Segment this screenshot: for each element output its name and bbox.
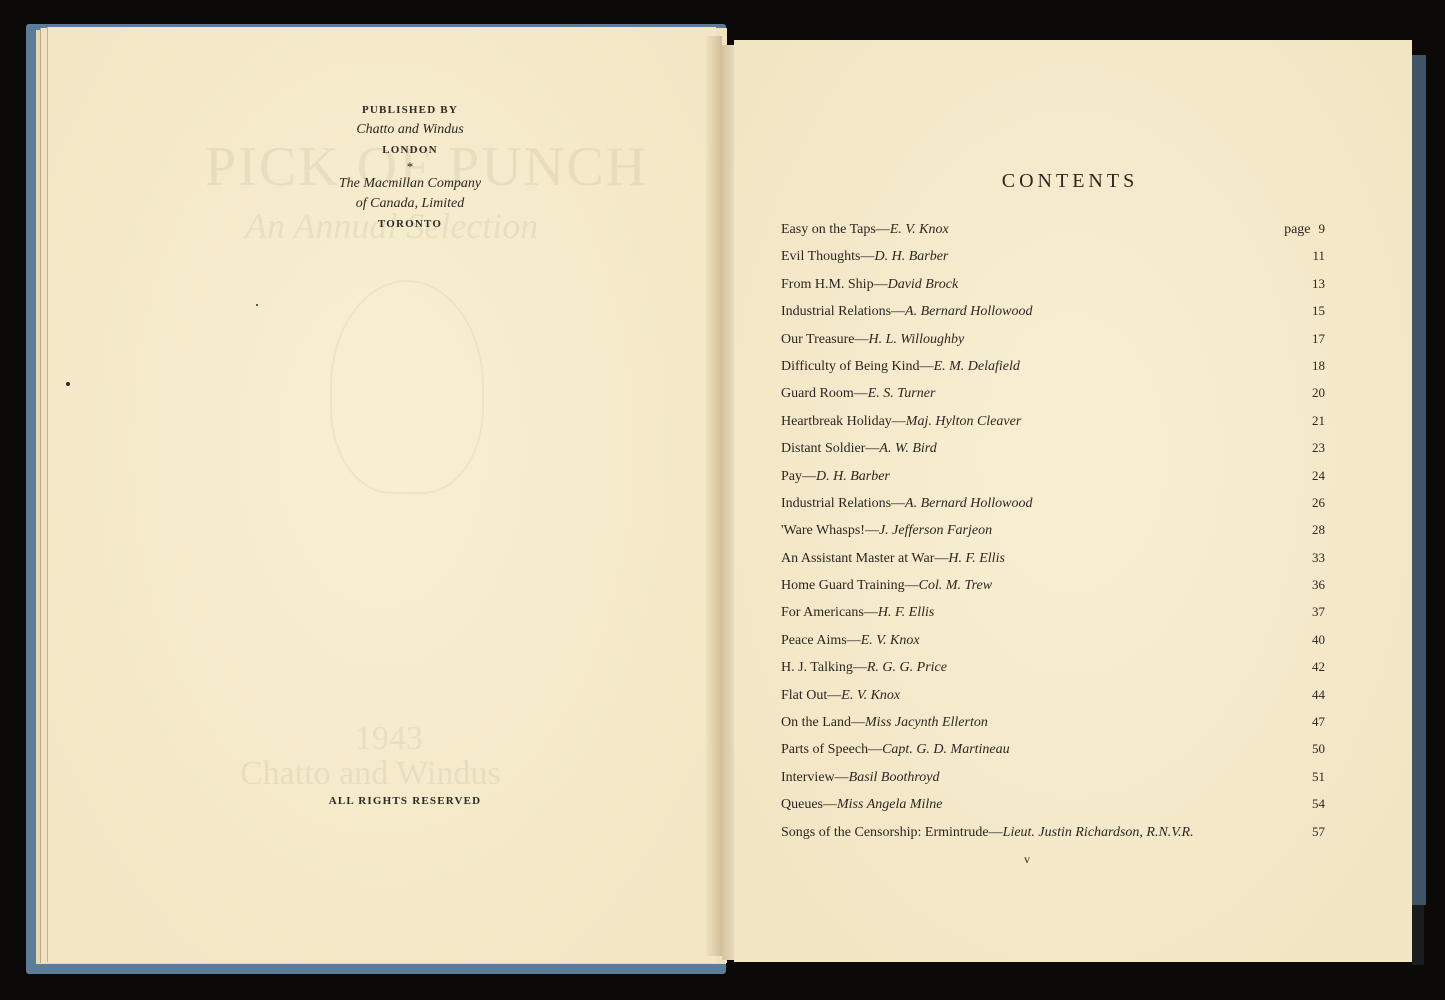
page-folio: v <box>1022 852 1032 867</box>
toc-entry: Easy on the Taps—E. V. Knoxpage9 <box>781 221 1325 248</box>
toc-entry: For Americans—H. F. Ellis37 <box>781 604 1325 631</box>
toc-author: E. V. Knox <box>841 688 900 703</box>
toc-title: For Americans— <box>781 605 878 620</box>
toc-page-number: 23 <box>1299 440 1325 456</box>
toc-page-number: 20 <box>1299 385 1325 401</box>
toc-entry: From H.M. Ship—David Brock13 <box>781 276 1325 303</box>
toc-title: Peace Aims— <box>781 633 861 648</box>
toc-author: E. M. Delafield <box>934 359 1020 374</box>
show-through-dog-illustration-icon <box>330 280 484 494</box>
toc-title: Home Guard Training— <box>781 578 919 593</box>
published-by-label: PUBLISHED BY <box>300 100 520 120</box>
toc-entry: Pay—D. H. Barber24 <box>781 468 1325 495</box>
toc-page-number: 50 <box>1299 741 1325 757</box>
toc-entry: H. J. Talking—R. G. G. Price42 <box>781 659 1325 686</box>
toc-author: E. V. Knox <box>861 633 920 648</box>
asterisk-separator-icon: * <box>300 160 520 174</box>
toc-entry: Difficulty of Being Kind—E. M. Delafield… <box>781 358 1325 385</box>
toc-author: Col. M. Trew <box>919 578 992 593</box>
toc-title: 'Ware Whasps!— <box>781 523 879 538</box>
toc-author: H. F. Ellis <box>948 551 1005 566</box>
toc-page-number: 15 <box>1299 303 1325 319</box>
publisher-uk: Chatto and Windus <box>300 120 520 140</box>
toc-page-number: 26 <box>1299 495 1325 511</box>
toc-entry: On the Land—Miss Jacynth Ellerton47 <box>781 714 1325 741</box>
show-through-publisher: Chatto and Windus <box>240 755 501 793</box>
toc-page-number: 54 <box>1299 796 1325 812</box>
toc-entry: Our Treasure—H. L. Willoughby17 <box>781 331 1325 358</box>
toc-entry: Guard Room—E. S. Turner20 <box>781 385 1325 412</box>
toc-entry: Songs of the Censorship: Ermintrude—Lieu… <box>781 824 1325 851</box>
toc-author: A. Bernard Hollowood <box>905 304 1032 319</box>
toc-entry: Industrial Relations—A. Bernard Hollowoo… <box>781 495 1325 522</box>
table-of-contents: Easy on the Taps—E. V. Knoxpage9 Evil Th… <box>781 221 1325 851</box>
toc-page-number: 24 <box>1299 468 1325 484</box>
toc-page-number: 47 <box>1299 714 1325 730</box>
toc-author: Miss Jacynth Ellerton <box>865 715 988 730</box>
toc-page-number: 13 <box>1299 276 1325 292</box>
toc-page-number: 57 <box>1299 824 1325 840</box>
toc-title: On the Land— <box>781 715 865 730</box>
toc-author: A. Bernard Hollowood <box>905 496 1032 511</box>
toc-entry: Peace Aims—E. V. Knox40 <box>781 632 1325 659</box>
toc-title: Distant Soldier— <box>781 441 879 456</box>
toc-author: D. H. Barber <box>816 469 890 484</box>
page-label: page <box>1284 222 1310 237</box>
toc-page-number: 51 <box>1299 769 1325 785</box>
toc-author: David Brock <box>888 277 959 292</box>
toc-page-number: 37 <box>1299 604 1325 620</box>
toc-page-number: 44 <box>1299 687 1325 703</box>
rights-notice: ALL RIGHTS RESERVED <box>320 795 490 807</box>
toc-author: Capt. G. D. Martineau <box>882 742 1010 757</box>
toc-page-number: 36 <box>1299 577 1325 593</box>
toc-page-number: 11 <box>1299 248 1325 264</box>
toc-page-number: 9 <box>1319 221 1326 236</box>
toc-title: Evil Thoughts— <box>781 249 874 264</box>
toc-entry: Parts of Speech—Capt. G. D. Martineau50 <box>781 741 1325 768</box>
contents-heading: CONTENTS <box>900 170 1240 193</box>
toc-title: Parts of Speech— <box>781 742 882 757</box>
toc-title: Industrial Relations— <box>781 496 905 511</box>
toc-author: Maj. Hylton Cleaver <box>906 414 1021 429</box>
toc-title: Pay— <box>781 469 816 484</box>
toc-author: H. L. Willoughby <box>869 332 965 347</box>
toc-author: R. G. G. Price <box>867 660 947 675</box>
toc-title: Heartbreak Holiday— <box>781 414 906 429</box>
toc-entry: Queues—Miss Angela Milne54 <box>781 796 1325 823</box>
toc-entry: Distant Soldier—A. W. Bird23 <box>781 440 1325 467</box>
toc-page-number: 28 <box>1299 522 1325 538</box>
toc-page-number: 21 <box>1299 413 1325 429</box>
toc-title: Difficulty of Being Kind— <box>781 359 934 374</box>
publisher-canada-line2: of Canada, Limited <box>300 194 520 214</box>
toc-author: Basil Boothroyd <box>849 770 940 785</box>
toc-page-number: 42 <box>1299 659 1325 675</box>
toc-page-number: 18 <box>1299 358 1325 374</box>
publisher-canada-line1: The Macmillan Company <box>300 174 520 194</box>
toc-author: Lieut. Justin Richardson, R.N.V.R. <box>1003 825 1194 840</box>
toc-entry: Home Guard Training—Col. M. Trew36 <box>781 577 1325 604</box>
toc-author: Miss Angela Milne <box>837 797 943 812</box>
ink-speck <box>66 382 70 386</box>
toc-page-number: 40 <box>1299 632 1325 648</box>
toc-title: Flat Out— <box>781 688 841 703</box>
toc-author: D. H. Barber <box>874 249 948 264</box>
toc-entry: 'Ware Whasps!—J. Jefferson Farjeon28 <box>781 522 1325 549</box>
show-through-year: 1943 <box>355 720 423 758</box>
toc-title: Queues— <box>781 797 837 812</box>
toc-entry: Interview—Basil Boothroyd51 <box>781 769 1325 796</box>
toc-entry: An Assistant Master at War—H. F. Ellis33 <box>781 550 1325 577</box>
toc-title: Songs of the Censorship: Ermintrude— <box>781 825 1003 840</box>
toc-page-number: 33 <box>1299 550 1325 566</box>
city-canada: TORONTO <box>300 214 520 234</box>
ink-speck <box>256 304 258 306</box>
toc-author: H. F. Ellis <box>878 605 935 620</box>
toc-author: J. Jefferson Farjeon <box>879 523 992 538</box>
toc-author: E. V. Knox <box>890 222 949 237</box>
toc-entry: Industrial Relations—A. Bernard Hollowoo… <box>781 303 1325 330</box>
toc-author: A. W. Bird <box>879 441 936 456</box>
toc-title: Industrial Relations— <box>781 304 905 319</box>
toc-title: An Assistant Master at War— <box>781 551 948 566</box>
book-cover-right-shadow <box>1412 905 1424 965</box>
city-uk: LONDON <box>300 140 520 160</box>
book-gutter-left <box>706 36 722 956</box>
toc-entry: Heartbreak Holiday—Maj. Hylton Cleaver21 <box>781 413 1325 440</box>
toc-title: Interview— <box>781 770 849 785</box>
toc-entry: Evil Thoughts—D. H. Barber11 <box>781 248 1325 275</box>
toc-title: Our Treasure— <box>781 332 869 347</box>
toc-author: E. S. Turner <box>868 386 936 401</box>
imprint-block: PUBLISHED BY Chatto and Windus LONDON * … <box>300 100 520 234</box>
toc-page-number: 17 <box>1299 331 1325 347</box>
toc-title: H. J. Talking— <box>781 660 867 675</box>
toc-entry: Flat Out—E. V. Knox44 <box>781 687 1325 714</box>
toc-title: From H.M. Ship— <box>781 277 888 292</box>
toc-title: Guard Room— <box>781 386 868 401</box>
toc-title: Easy on the Taps— <box>781 222 890 237</box>
book-cover-right-edge <box>1412 55 1426 905</box>
